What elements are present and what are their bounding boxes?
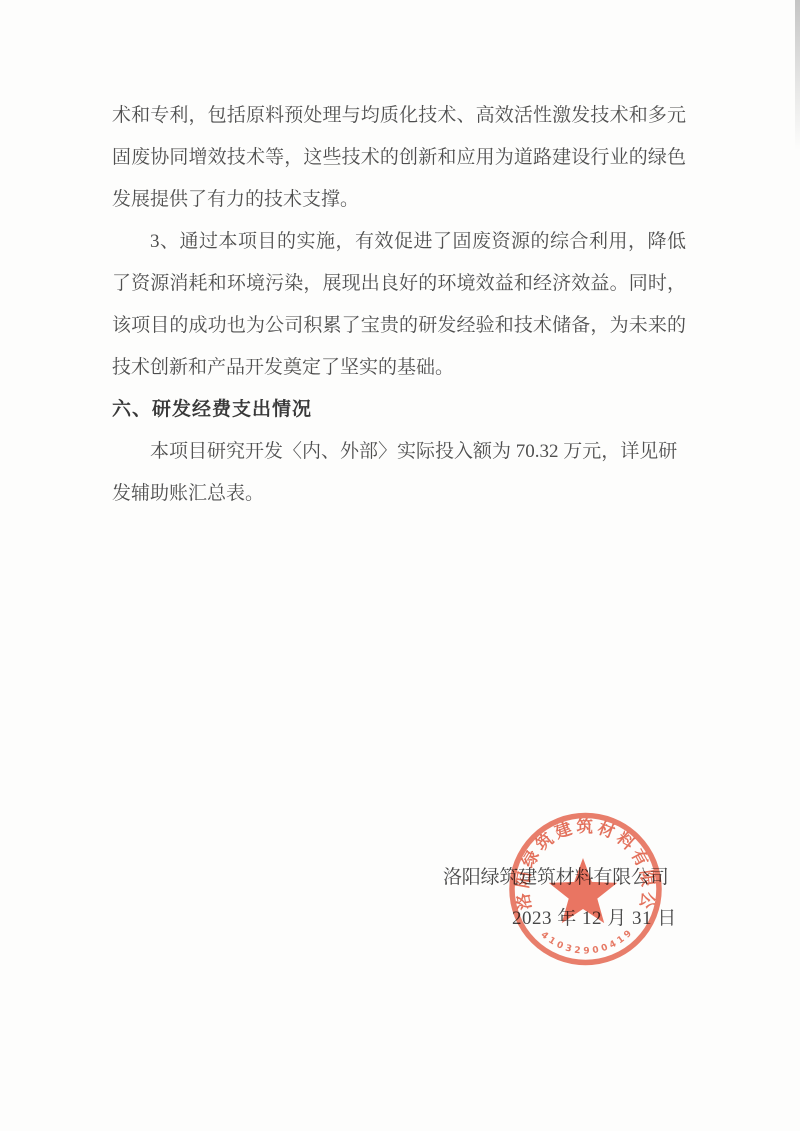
- paragraph-line: 技术创新和产品开发奠定了坚实的基础。: [112, 347, 686, 389]
- seal-ring: [512, 816, 659, 963]
- scan-artifact: [795, 0, 800, 150]
- paragraph-line: 该项目的成功也为公司积累了宝贵的研发经验和技术储备，为未来的: [112, 305, 686, 347]
- paragraph-line: 本项目研究开发〈内、外部〉实际投入额为 70.32 万元，详见研: [112, 431, 686, 473]
- document-page: 术和专利，包括原料预处理与均质化技术、高效活性激发技术和多元 固废协同增效技术等…: [0, 0, 800, 1131]
- seal-number-path: 41032900419: [539, 927, 637, 957]
- paragraph-line: 术和专利，包括原料预处理与均质化技术、高效活性激发技术和多元: [112, 95, 686, 137]
- section-heading: 六、研发经费支出情况: [112, 389, 686, 431]
- paragraph-line: 了资源消耗和环境污染，展现出良好的环境效益和经济效益。同时，: [112, 263, 686, 305]
- seal-ring-text: 洛阳绿筑建筑材料有限公司: [498, 801, 658, 914]
- company-seal-stamp: 洛阳绿筑建筑材料有限公司 41032900419: [498, 801, 674, 977]
- paragraph-line: 固废协同增效技术等，这些技术的创新和应用为道路建设行业的绿色: [112, 137, 686, 179]
- document-body: 术和专利，包括原料预处理与均质化技术、高效活性激发技术和多元 固废协同增效技术等…: [112, 95, 686, 515]
- seal-number: 41032900419: [539, 927, 637, 957]
- paragraph-line: 发展提供了有力的技术支撑。: [112, 179, 686, 221]
- seal-ring-text-path: 洛阳绿筑建筑材料有限公司: [498, 801, 658, 914]
- paragraph-line: 发辅助账汇总表。: [112, 473, 686, 515]
- signature-date: 2023 年 12 月 31 日: [512, 903, 677, 930]
- signature-company-name: 洛阳绿筑建筑材料有限公司: [443, 862, 669, 889]
- paragraph-line: 3、通过本项目的实施，有效促进了固废资源的综合利用，降低: [112, 221, 686, 263]
